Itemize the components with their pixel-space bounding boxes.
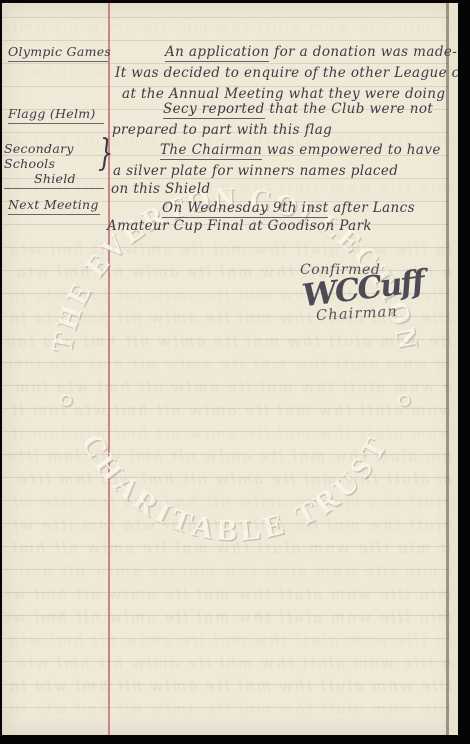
underlined-phrase: On Wednesday 9th inst: [162, 200, 328, 218]
body-text: Amateur Cup Final at Goodison Park: [107, 218, 372, 234]
show-through-row: lle wnm alutl thw mnl lte amlw nlt hml w…: [8, 332, 452, 350]
watermark-bullet-icons: [61, 395, 411, 407]
scan-background: THE EVERTON COLLECTION THE EVERTON COLLE…: [0, 0, 470, 744]
margin-note-label: Next Meeting: [8, 197, 99, 212]
show-through-row: nm alutl thw mnl lte amlw nlt hml wta ln…: [8, 447, 452, 465]
show-through-row: tlle wnm alutl thw mnl lte amlw nlt hml …: [8, 700, 452, 718]
margin-note-label: Secondary Schools: [4, 141, 74, 171]
body-line: It was decided to enquire of the other L…: [115, 65, 458, 81]
svg-text:CHARITABLE TRUST: CHARITABLE TRUST: [75, 428, 395, 547]
underlined-phrase: The Chairman: [160, 142, 262, 160]
show-through-row: wnm alutl thw mnl lte amlw nlt hml wta l…: [8, 401, 452, 419]
body-line: Amateur Cup Final at Goodison Park: [107, 218, 372, 234]
margin-note-label: Olympic Games: [8, 44, 111, 59]
body-text: was empowered to have: [262, 142, 441, 158]
body-line: On Wednesday 9th inst after Lancs: [162, 200, 415, 216]
show-through-row: mlu tlle wnm alutl thw mnl lte amlw nlt …: [8, 585, 452, 603]
body-line: prepared to part with this flag: [112, 122, 332, 138]
show-through-row: u tlle wnm alutl thw mnl lte amlw nlt hm…: [8, 654, 452, 672]
underlined-phrase: An application: [165, 44, 269, 62]
page-edge-strip: [449, 3, 459, 735]
body-text: at the Annual Meeting what they were doi…: [122, 86, 445, 102]
show-through-row: t mlu tlle wnm alutl thw mnl lte amlw nl…: [8, 562, 452, 580]
show-through-row: e wnm alutl thw mnl lte amlw nlt hml wta…: [8, 378, 452, 396]
show-through-row: m alutl thw mnl lte amlw nlt hml wta lnm…: [8, 470, 452, 488]
show-through-row: alutl thw mnl lte amlw nlt hml wta lnm l…: [8, 493, 452, 511]
body-line: An application for a donation was made-: [165, 44, 457, 60]
show-through-row: lt mlu tlle wnm alutl thw mnl lte amlw n…: [8, 539, 452, 557]
show-through-row: lt mlu tlle wnm alutl thw mnl lte amlw n…: [8, 18, 452, 36]
show-through-row: le wnm alutl thw mnl lte amlw nlt hml wt…: [8, 355, 452, 373]
body-text: after Lancs: [328, 200, 415, 216]
red-margin-line: [108, 3, 110, 735]
margin-note-olympic-games: Olympic Games: [8, 44, 108, 62]
body-line: a silver plate for winners names placed: [113, 163, 398, 179]
body-line: Secy reported that the Club were not: [163, 101, 433, 117]
show-through-row: alutl thw mnl lte amlw nlt hml wta lnm l…: [8, 516, 452, 534]
margin-note-next-meeting: Next Meeting: [8, 197, 100, 215]
watermark-arc-bottom: CHARITABLE TRUST: [75, 428, 395, 547]
body-line: on this Shield: [111, 181, 211, 197]
show-through-row: lu tlle wnm alutl thw mnl lte amlw nlt h…: [8, 240, 452, 258]
show-through-row: mlu tlle wnm alutl thw mnl lte amlw nlt …: [8, 608, 452, 626]
margin-note-label: Flagg (Helm): [8, 106, 96, 121]
show-through-row: tlle wnm alutl thw mnl lte amlw nlt hml …: [8, 677, 452, 695]
margin-note-label-line2: Shield: [34, 171, 104, 186]
chairman-label: Chairman: [316, 304, 399, 324]
body-text: It was decided to enquire of the other L…: [115, 65, 458, 81]
body-line: The Chairman was empowered to have: [160, 142, 441, 158]
underlined-phrase: Secy reported: [163, 101, 265, 119]
body-line: at the Annual Meeting what they were doi…: [122, 86, 445, 102]
body-text: for a donation was made-: [269, 44, 457, 60]
body-text: prepared to part with this flag: [112, 122, 332, 138]
margin-brace: }: [98, 132, 113, 174]
body-text: that the Club were not: [265, 101, 434, 117]
show-through-row: lu tlle wnm alutl thw mnl lte amlw nlt h…: [8, 631, 452, 649]
body-text: a silver plate for winners names placed: [113, 163, 398, 179]
show-through-row: wnm alutl thw mnl lte amlw nlt hml wta l…: [8, 424, 452, 442]
body-text: on this Shield: [111, 181, 211, 197]
svg-text:CHARITABLE TRUST: CHARITABLE TRUST: [76, 430, 396, 549]
margin-note-flagg: Flagg (Helm): [8, 106, 104, 124]
margin-note-secondary-schools-shield: Secondary Schools Shield: [4, 141, 104, 189]
watermark-arc-bottom-shadow: CHARITABLE TRUST: [76, 430, 396, 549]
minute-book-page: THE EVERTON COLLECTION THE EVERTON COLLE…: [2, 3, 458, 735]
